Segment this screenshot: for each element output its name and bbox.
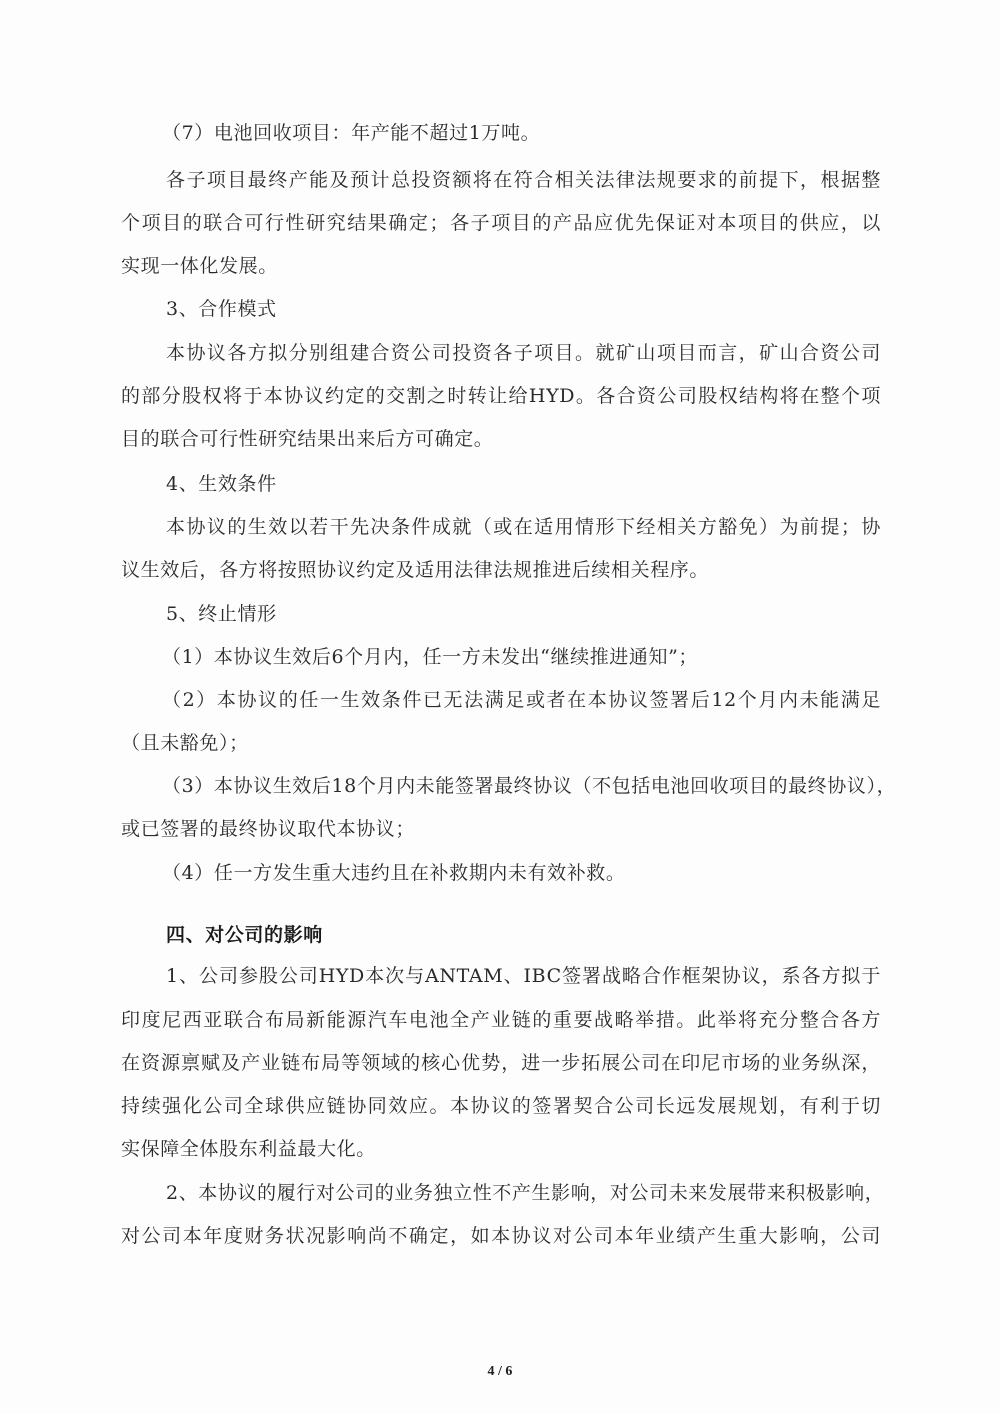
termination-item-3-line-2: 或已签署的最终协议取代本协议；: [121, 817, 881, 841]
termination-item-2-line-1: （2）本协议的任一生效条件已无法满足或者在本协议签署后12个月内未能满足: [162, 688, 881, 712]
termination-item-1: （1）本协议生效后6个月内，任一方未发出“继续推进通知”；: [162, 645, 922, 669]
paragraph-effective-line-2: 议生效后，各方将按照协议约定及适用法律法规推进后续相关程序。: [121, 558, 881, 582]
impact-1-line-1: 1、公司参股公司HYD本次与ANTAM、IBC签署战略合作框架协议，系各方拟于: [166, 964, 881, 988]
impact-1-line-5: 实保障全体股东利益最大化。: [121, 1137, 881, 1161]
section-heading-impact: 四、对公司的影响: [166, 923, 881, 947]
impact-1-line-2: 印度尼西亚联合布局新能源汽车电池全产业链的重要战略举措。此举将充分整合各方: [121, 1008, 881, 1032]
impact-2-line-1: 2、本协议的履行对公司的业务独立性不产生影响，对公司未来发展带来积极影响，: [166, 1181, 881, 1205]
battery-recycling-item: （7）电池回收项目：年产能不超过1万吨。: [162, 121, 922, 145]
paragraph-capacity-line-1: 各子项目最终产能及预计总投资额将在符合相关法律法规要求的前提下，根据整: [166, 168, 881, 192]
termination-item-3-line-1: （3）本协议生效后18个月内未能签署最终协议（不包括电池回收项目的最终协议），: [162, 774, 881, 798]
termination-item-2-line-2: （且未豁免）；: [121, 731, 881, 755]
paragraph-capacity-line-3: 实现一体化发展。: [121, 254, 881, 278]
heading-cooperation-model: 3、合作模式: [166, 297, 881, 321]
impact-1-line-3: 在资源禀赋及产业链布局等领域的核心优势，进一步拓展公司在印尼市场的业务纵深，: [121, 1051, 881, 1075]
termination-item-4: （4）任一方发生重大违约且在补救期内未有效补救。: [162, 861, 922, 885]
heading-termination: 5、终止情形: [166, 602, 881, 626]
heading-effective-conditions: 4、生效条件: [166, 472, 881, 496]
paragraph-cooperation-line-1: 本协议各方拟分别组建合资公司投资各子项目。就矿山项目而言，矿山合资公司: [166, 341, 881, 365]
impact-2-line-2: 对公司本年度财务状况影响尚不确定，如本协议对公司本年业绩产生重大影响，公司: [121, 1224, 881, 1248]
paragraph-effective-line-1: 本协议的生效以若干先决条件成就（或在适用情形下经相关方豁免）为前提；协: [166, 515, 881, 539]
paragraph-cooperation-line-2: 的部分股权将于本协议约定的交割之时转让给HYD。各合资公司股权结构将在整个项: [121, 384, 881, 408]
paragraph-capacity-line-2: 个项目的联合可行性研究结果确定；各子项目的产品应优先保证对本项目的供应，以: [121, 211, 881, 235]
impact-1-line-4: 持续强化公司全球供应链协同效应。本协议的签署契合公司长远发展规划，有利于切: [121, 1094, 881, 1118]
paragraph-cooperation-line-3: 目的联合可行性研究结果出来后方可确定。: [121, 427, 881, 451]
document-page: （7）电池回收项目：年产能不超过1万吨。 各子项目最终产能及预计总投资额将在符合…: [0, 0, 1000, 1414]
page-number: 4 / 6: [0, 1364, 1000, 1380]
